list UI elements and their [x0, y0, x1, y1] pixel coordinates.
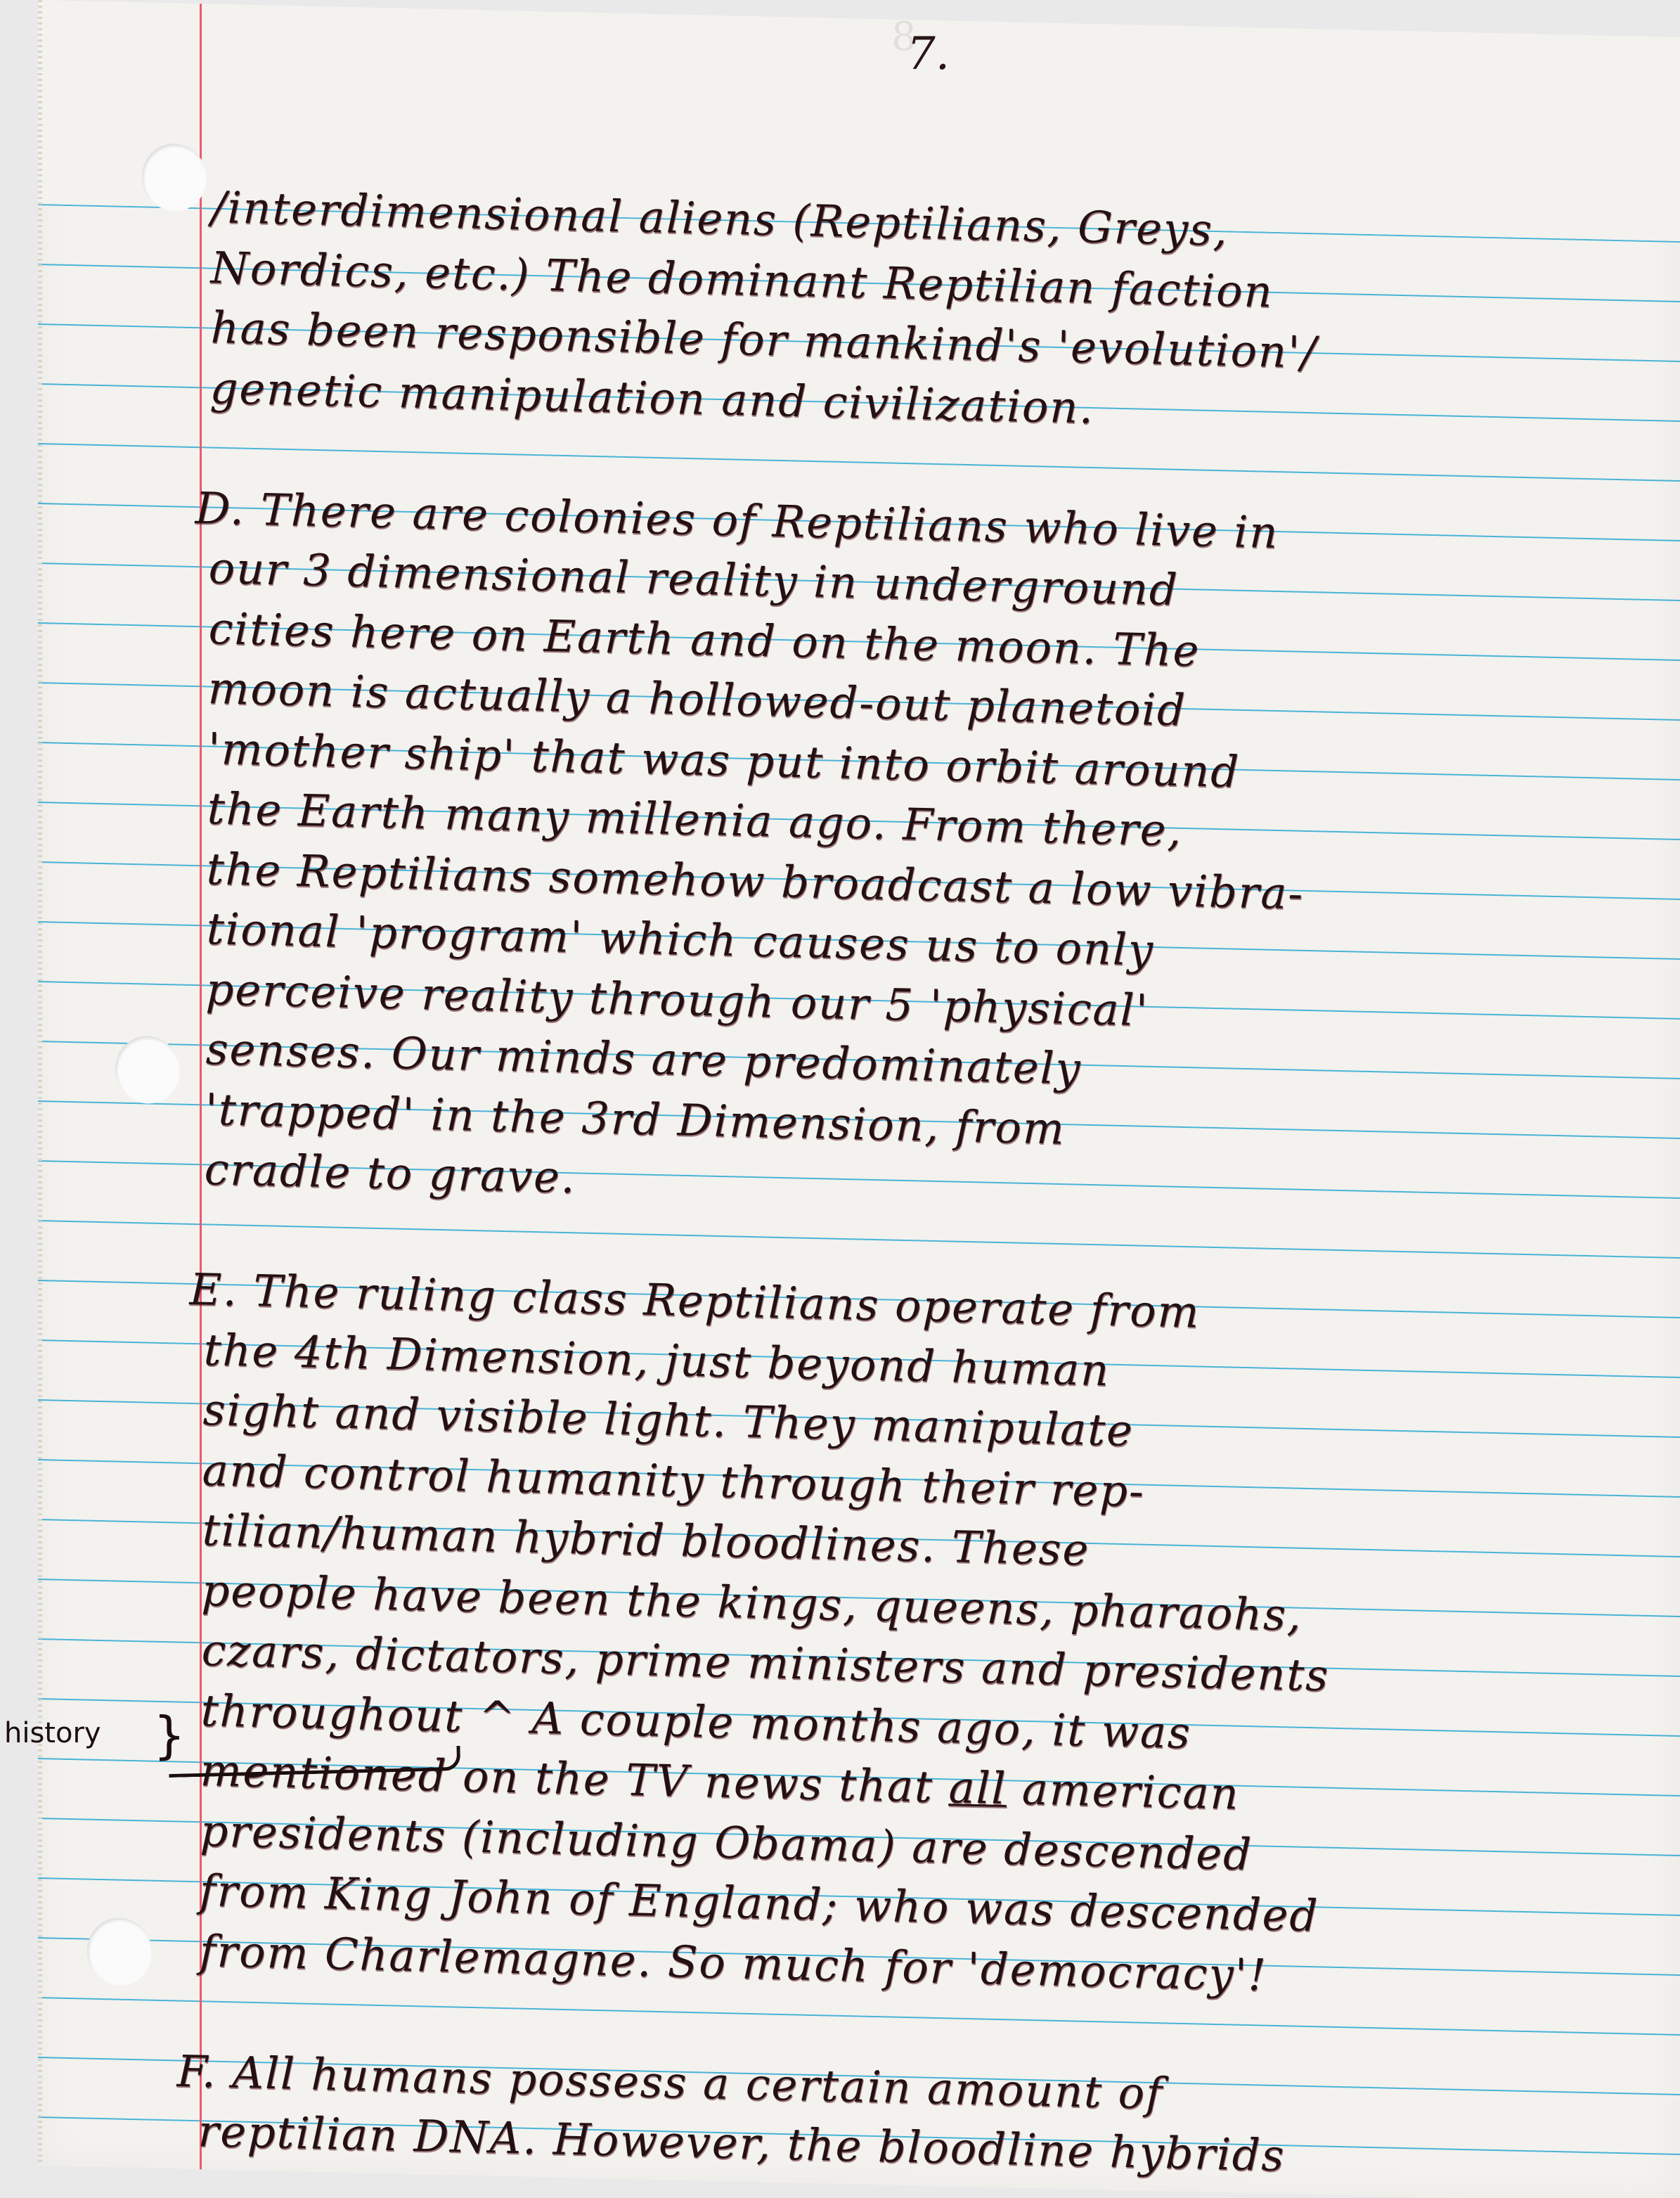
- binder-hole-bottom: [87, 1917, 152, 1986]
- handwritten-line: cradle to grave.: [204, 1145, 576, 1202]
- binder-hole-top: [142, 143, 207, 212]
- perforated-edge: [38, 0, 42, 2166]
- binder-hole-middle: [115, 1035, 180, 1104]
- margin-note-history: history: [4, 1717, 101, 1749]
- page-number: 7.: [907, 28, 950, 80]
- underlined-word: all: [948, 1761, 1007, 1814]
